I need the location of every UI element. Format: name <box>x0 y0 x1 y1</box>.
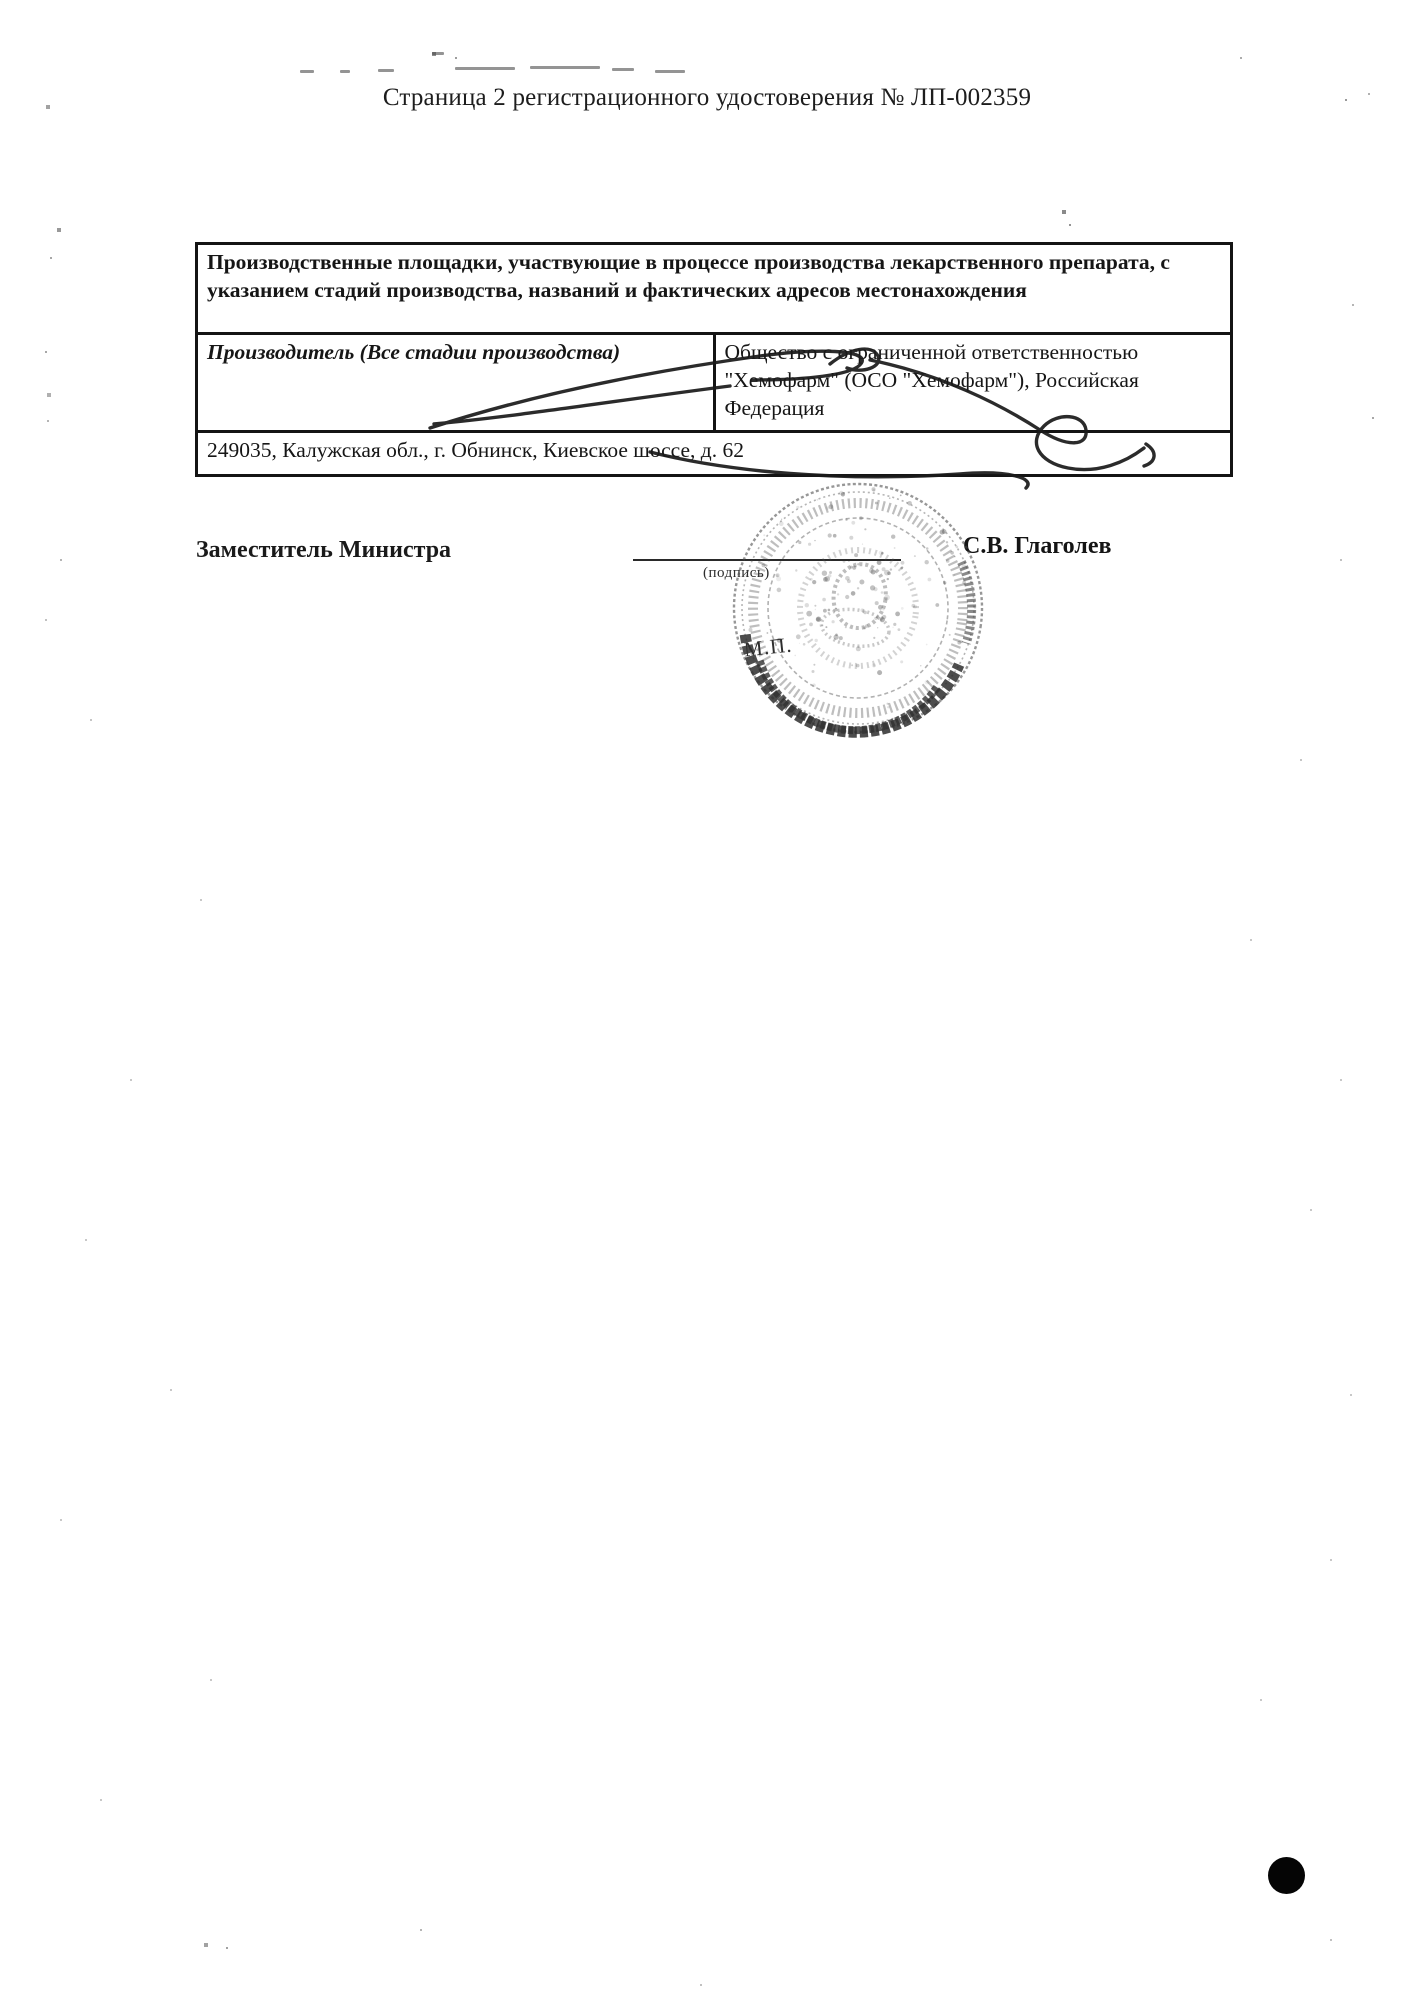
scan-artifact-dash <box>455 67 515 70</box>
scan-artifact-dash <box>530 66 600 69</box>
scan-artifact-dash <box>612 68 634 71</box>
scan-noise-specks <box>0 0 2 2</box>
scan-artifact-dash <box>300 70 314 73</box>
document-page: Страница 2 регистрационного удостоверени… <box>0 0 1414 2000</box>
seal-place-label: М.П. <box>743 633 794 663</box>
scan-artifact-dash <box>378 69 394 72</box>
table-header-cell: Производственные площадки, участвующие в… <box>197 244 1232 334</box>
scan-artifact-dash <box>655 70 685 73</box>
signatory-role: Заместитель Министра <box>196 537 451 564</box>
table-row: Производственные площадки, участвующие в… <box>197 244 1232 334</box>
scan-artifact-dash <box>432 52 444 55</box>
scan-dot <box>1268 1857 1305 1894</box>
page-title: Страница 2 регистрационного удостоверени… <box>0 84 1414 112</box>
scan-artifact-dash <box>340 70 350 73</box>
